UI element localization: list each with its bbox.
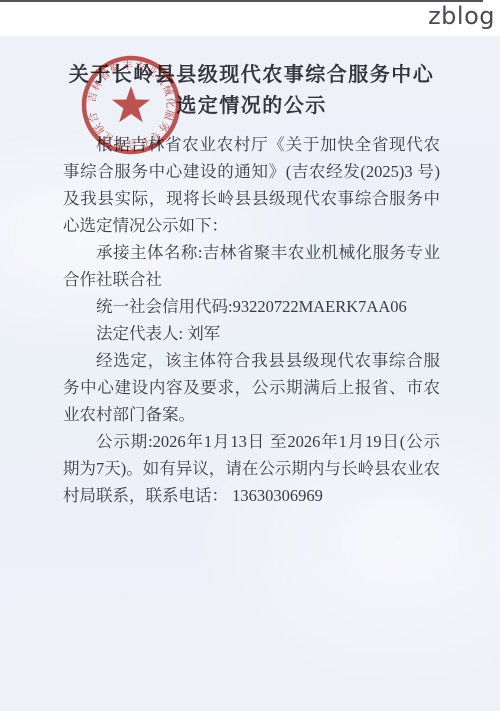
scanned-notice-page: zblog 关于长岭县县级现代农事综合服务中心 选定情况的公示 根据吉林省农业农…	[0, 0, 500, 711]
notice-body: 关于长岭县县级现代农事综合服务中心 选定情况的公示 根据吉林省农业农村厅《关于加…	[63, 60, 440, 509]
paragraph-publicity-period: 公示期:2026年1月13日 至2026年1月19日(公示期为7天)。如有异议，…	[63, 428, 440, 509]
paragraph-legal-representative: 法定代表人: 刘军	[63, 320, 440, 347]
notice-title: 关于长岭县县级现代农事综合服务中心 选定情况的公示	[63, 60, 440, 122]
paragraph-basis: 根据吉林省农业农村厅《关于加快全省现代农事综合服务中心建设的通知》(吉农经发(2…	[63, 131, 440, 239]
paragraph-credit-code: 统一社会信用代码:93220722MAERK7AA06	[63, 293, 440, 320]
notice-paragraphs: 根据吉林省农业农村厅《关于加快全省现代农事综合服务中心建设的通知》(吉农经发(2…	[63, 131, 440, 509]
zblog-site-logo[interactable]: zblog	[428, 2, 495, 30]
scanned-document: 关于长岭县县级现代农事综合服务中心 选定情况的公示 根据吉林省农业农村厅《关于加…	[0, 36, 500, 711]
notice-title-line2: 选定情况的公示	[63, 91, 440, 122]
site-header: zblog	[0, 0, 500, 36]
header-divider	[0, 0, 483, 2]
notice-title-line1: 关于长岭县县级现代农事综合服务中心	[63, 60, 440, 91]
paragraph-selection-result: 经选定，该主体符合我县县级现代农事综合服务中心建设内容及要求，公示期满后上报省、…	[63, 347, 440, 428]
paragraph-undertaker-name: 承接主体名称:吉林省聚丰农业机械化服务专业合作社联合社	[63, 239, 440, 293]
